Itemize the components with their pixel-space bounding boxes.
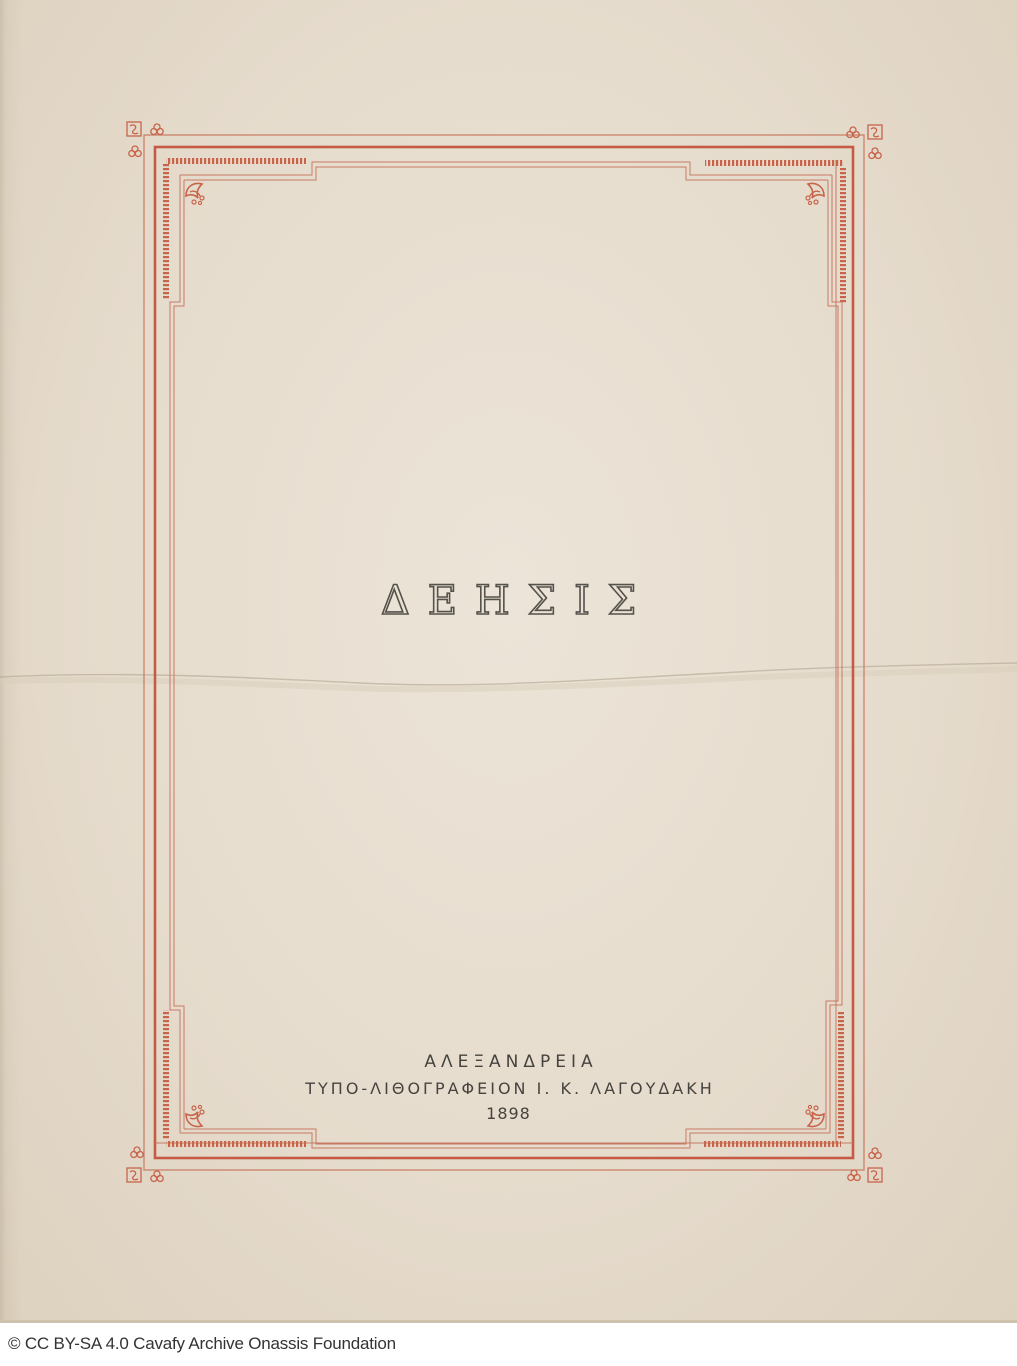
imprint-city: ΑΛΕΞΑΝΔΡΕΙΑ bbox=[0, 1052, 1017, 1072]
page-bottom-edge bbox=[0, 1320, 1017, 1323]
imprint-year: 1898 bbox=[0, 1104, 1017, 1123]
document-title: ΔΕΗΣΙΣ bbox=[0, 578, 1017, 624]
decorative-frame bbox=[0, 0, 1017, 1323]
copyright-notice: © CC BY-SA 4.0 Cavafy Archive Onassis Fo… bbox=[8, 1334, 396, 1354]
document-title-text: ΔΕΗΣΙΣ bbox=[381, 578, 654, 624]
scanned-page: ΔΕΗΣΙΣ ΑΛΕΞΑΝΔΡΕΙΑ ΤΥΠΟ-ΛΙΘΟΓΡΑΦΕΙΟΝ Ι. … bbox=[0, 0, 1017, 1323]
imprint-printing-house: ΤΥΠΟ-ΛΙΘΟΓΡΑΦΕΙΟΝ Ι. Κ. ΛΑΓΟΥΔΑΚΗ bbox=[0, 1079, 1017, 1098]
